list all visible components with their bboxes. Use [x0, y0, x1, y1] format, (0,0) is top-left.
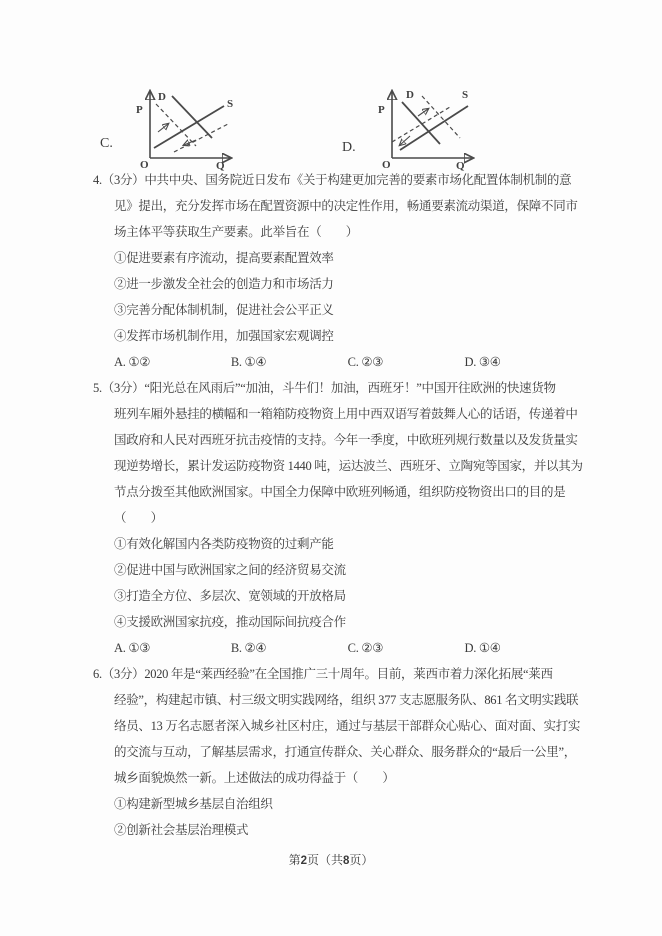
diagram-d-label: D. [342, 140, 356, 156]
question-5-statement-2: ②促进中国与欧洲国家之间的经济贸易交流 [93, 557, 578, 583]
answer-option-d: D. ③④ [464, 349, 500, 375]
supply-demand-chart-d: P O Q D S [362, 80, 492, 172]
footer-prefix: 第 [289, 853, 301, 867]
question-4-line-2: 见》提出，充分发挥市场在配置资源中的决定性作用，畅通要素流动渠道，保障不同市 [93, 193, 578, 219]
question-5-line-2: 班列车厢外悬挂的横幅和一箱箱防疫物资上用中西双语写着鼓舞人心的话语，传递着中 [93, 401, 578, 427]
answer-option-a: A. ①③ [114, 635, 228, 661]
question-5-statement-1: ①有效化解国内各类防疫物资的过剩产能 [93, 531, 578, 557]
question-6-line-4: 的交流与互动，了解基层需求，打通宣传群众、关心群众、服务群众的“最后一公里”， [93, 739, 578, 765]
question-4-answer-row: A. ①② B. ①④ C. ②③ D. ③④ [93, 349, 578, 375]
question-4-line-1: 4.（3分）中共中央、国务院近日发布《关于构建更加完善的要素市场化配置体制机制的… [93, 167, 578, 193]
shift-arrow-up [158, 124, 168, 132]
question-6-line-1: 6.（3分）2020 年是“莱西经验”在全国推广三十周年。目前，莱西市着力深化拓… [93, 661, 578, 687]
answer-option-c: C. ②③ [348, 349, 462, 375]
answer-option-c: C. ②③ [348, 635, 462, 661]
answer-option-d: D. ①④ [464, 635, 500, 661]
footer-suffix: 页） [349, 853, 373, 867]
diagram-option-c: C. P O Q D S [100, 80, 260, 170]
supply-demand-chart-c: P O Q D S [120, 80, 250, 172]
question-6-line-5: 城乡面貌焕然一新。上述做法的成功得益于（ ） [93, 765, 578, 791]
question-6-line-2: 经验”，构建起市镇、村三级文明实践网络，组织 377 支志愿服务队、861 名文… [93, 687, 578, 713]
footer-middle: 页（共 [307, 853, 343, 867]
supply-label: S [227, 98, 233, 110]
question-5-statement-3: ③打造全方位、多层次、宽领域的开放格局 [93, 583, 578, 609]
question-5-line-5: 节点分拨至其他欧洲国家。中国全力保障中欧班列畅通，组织防疫物资出口的目的是 [93, 479, 578, 505]
question-4: 4.（3分）中共中央、国务院近日发布《关于构建更加完善的要素市场化配置体制机制的… [93, 167, 578, 375]
diagram-c-label: C. [100, 136, 113, 152]
question-6: 6.（3分）2020 年是“莱西经验”在全国推广三十周年。目前，莱西市着力深化拓… [93, 661, 578, 843]
question-4-line-3: 场主体平等获取生产要素。此举旨在（ ） [93, 219, 578, 245]
supply-curve [400, 106, 468, 150]
question-5-line-3: 国政府和人民对西班牙抗击疫情的支持。今年一季度，中欧班列规行数量以及发货量实 [93, 427, 578, 453]
shifted-supply-curve [174, 124, 228, 152]
question-4-statement-4: ④发挥市场机制作用，加强国家宏观调控 [93, 323, 578, 349]
question-6-statement-2: ②创新社会基层治理模式 [93, 817, 578, 843]
exam-page: C. P O Q D S D. [0, 0, 662, 936]
demand-label: D [406, 89, 414, 101]
answer-option-b: B. ②④ [231, 635, 345, 661]
price-axis-label: P [378, 104, 385, 116]
question-4-statement-1: ①促进要素有序流动，提高要素配置效率 [93, 245, 578, 271]
answer-option-a: A. ①② [114, 349, 228, 375]
page-footer: 第2页（共8页） [0, 850, 662, 871]
shifted-demand-curve [156, 104, 196, 146]
question-5-line-4: 现逆势增长，累计发运防疫物资 1440 吨，运达波兰、西班牙、立陶宛等国家，并以… [93, 453, 578, 479]
demand-label: D [158, 91, 166, 103]
question-4-statement-3: ③完善分配体制机制，促进社会公平正义 [93, 297, 578, 323]
diagram-option-d: D. P O Q D S [342, 80, 502, 170]
question-5: 5.（3分）“阳光总在风雨后”“加油，斗牛们！加油，西班牙！”中国开往欧洲的快速… [93, 375, 578, 661]
question-5-answer-row: A. ①③ B. ②④ C. ②③ D. ①④ [93, 635, 578, 661]
question-5-line-6: （ ） [93, 505, 578, 531]
question-5-line-1: 5.（3分）“阳光总在风雨后”“加油，斗牛们！加油，西班牙！”中国开往欧洲的快速… [93, 375, 578, 401]
price-axis-label: P [136, 104, 143, 116]
answer-option-b: B. ①④ [231, 349, 345, 375]
supply-label: S [462, 89, 468, 101]
shift-arrow-right [418, 109, 428, 116]
question-6-statement-1: ①构建新型城乡基层自治组织 [93, 791, 578, 817]
question-4-statement-2: ②进一步激发全社会的创造力和市场活力 [93, 271, 578, 297]
question-6-line-3: 络员、13 万名志愿者深入城乡社区村庄，通过与基层干部群众心贴心、面对面、实打实 [93, 713, 578, 739]
question-5-statement-4: ④支援欧洲国家抗疫，推动国际间抗疫合作 [93, 609, 578, 635]
